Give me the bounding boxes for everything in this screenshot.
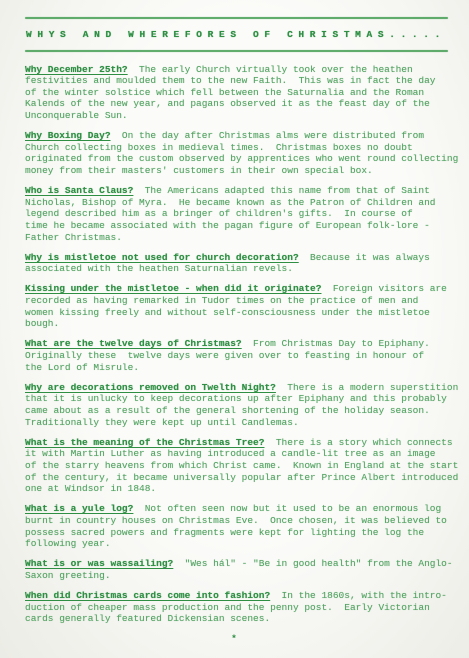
page-title: WHYS AND WHEREFORES OF CHRISTMAS.....: [26, 29, 459, 41]
qa-paragraph: Why Boxing Day? On the day after Christm…: [25, 130, 459, 176]
qa-paragraph: When did Christmas cards come into fashi…: [25, 590, 459, 625]
qa-paragraph: What is a yule log? Not often seen now b…: [25, 503, 459, 549]
question-heading: Kissing under the mistletoe - when did i…: [25, 283, 321, 294]
question-heading: When did Christmas cards come into fashi…: [25, 590, 270, 601]
question-heading: What are the twelve days of Christmas?: [25, 338, 242, 349]
document-body: Why December 25th? The early Church virt…: [25, 64, 459, 625]
question-heading: Why are decorations removed on Twelth Ni…: [25, 382, 276, 393]
question-heading: What is a yule log?: [25, 503, 133, 514]
question-heading: Why December 25th?: [25, 64, 128, 75]
qa-paragraph: Kissing under the mistletoe - when did i…: [25, 283, 459, 329]
qa-paragraph: Who is Santa Claus? The Americans adapte…: [25, 185, 459, 243]
question-heading: What is the meaning of the Christmas Tre…: [25, 437, 264, 448]
qa-paragraph: What is the meaning of the Christmas Tre…: [25, 437, 459, 495]
divider-rule-under-title: [25, 50, 448, 52]
qa-paragraph: Why is mistletoe not used for church dec…: [25, 252, 459, 275]
question-heading: Who is Santa Claus?: [25, 185, 133, 196]
qa-paragraph: Why are decorations removed on Twelth Ni…: [25, 382, 459, 428]
question-heading: Why Boxing Day?: [25, 130, 111, 141]
footer-asterisk: *: [25, 633, 459, 645]
document-page: WHYS AND WHEREFORES OF CHRISTMAS..... Wh…: [0, 0, 469, 658]
question-heading: What is or was wassailing?: [25, 558, 173, 569]
qa-paragraph: What is or was wassailing? "Wes hál" - "…: [25, 558, 459, 581]
qa-paragraph: Why December 25th? The early Church virt…: [25, 64, 459, 122]
divider-rule-top: [25, 17, 448, 19]
question-heading: Why is mistletoe not used for church dec…: [25, 252, 299, 263]
qa-paragraph: What are the twelve days of Christmas? F…: [25, 338, 459, 373]
